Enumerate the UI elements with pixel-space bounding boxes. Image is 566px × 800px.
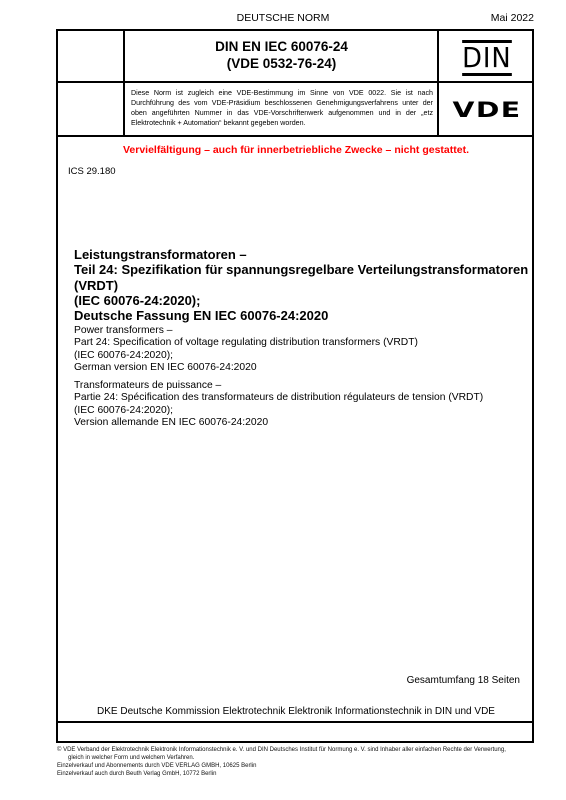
copyright-notice-cont: gleich in welcher Form und welchem Verfa… <box>57 754 557 762</box>
title-line: Deutsche Fassung EN IEC 60076-24:2020 <box>74 308 530 323</box>
title-line: (IEC 60076-24:2020); <box>74 405 530 417</box>
standard-number: DIN EN IEC 60076-24 <box>125 38 438 55</box>
vde-number: (VDE 0532-76-24) <box>125 55 438 72</box>
title-line: Teil 24: Spezifikation für spannungsrege… <box>74 262 530 277</box>
grid-divider <box>57 135 533 137</box>
standard-designation: DIN EN IEC 60076-24 (VDE 0532-76-24) <box>125 38 438 72</box>
reproduction-warning: Vervielfältigung – auch für innerbetrieb… <box>58 144 534 156</box>
title-line: Partie 24: Spécification des transformat… <box>74 392 530 404</box>
title-line: Part 24: Specification of voltage regula… <box>74 337 530 349</box>
total-pages: Gesamtumfang 18 Seiten <box>407 675 520 686</box>
publication-date: Mai 2022 <box>491 12 534 24</box>
din-logo-text: DIN <box>462 40 511 76</box>
din-logo: DIN <box>440 36 534 80</box>
document-type-label: DEUTSCHE NORM <box>0 12 566 24</box>
ics-code: ICS 29.180 <box>68 166 116 177</box>
title-line: German version EN IEC 60076-24:2020 <box>74 362 530 374</box>
title-line: (IEC 60076-24:2020); <box>74 293 530 308</box>
vde-logo: VDE <box>424 84 551 135</box>
vde-regulation-note: Diese Norm ist zugleich eine VDE-Bestimm… <box>131 88 433 128</box>
grid-divider <box>57 81 533 83</box>
german-title: Leistungstransformatoren – Teil 24: Spez… <box>74 247 530 323</box>
title-line: (IEC 60076-24:2020); <box>74 350 530 362</box>
copyright-footer: © VDE Verband der Elektrotechnik Elektro… <box>57 746 557 778</box>
french-title: Transformateurs de puissance – Partie 24… <box>74 380 530 429</box>
english-title: Power transformers – Part 24: Specificat… <box>74 325 530 374</box>
publisher-line: DKE Deutsche Kommission Elektrotechnik E… <box>58 706 534 717</box>
sales-info: Einzelverkauf und Abonnements durch VDE … <box>57 762 557 770</box>
title-line: Power transformers – <box>74 325 530 337</box>
title-line: Version allemande EN IEC 60076-24:2020 <box>74 417 530 429</box>
title-line: (VRDT) <box>74 278 530 293</box>
title-line: Leistungstransformatoren – <box>74 247 530 262</box>
title-line: Transformateurs de puissance – <box>74 380 530 392</box>
sales-info: Einzelverkauf auch durch Beuth Verlag Gm… <box>57 770 557 778</box>
grid-divider <box>57 721 533 723</box>
copyright-notice: © VDE Verband der Elektrotechnik Elektro… <box>57 746 557 754</box>
